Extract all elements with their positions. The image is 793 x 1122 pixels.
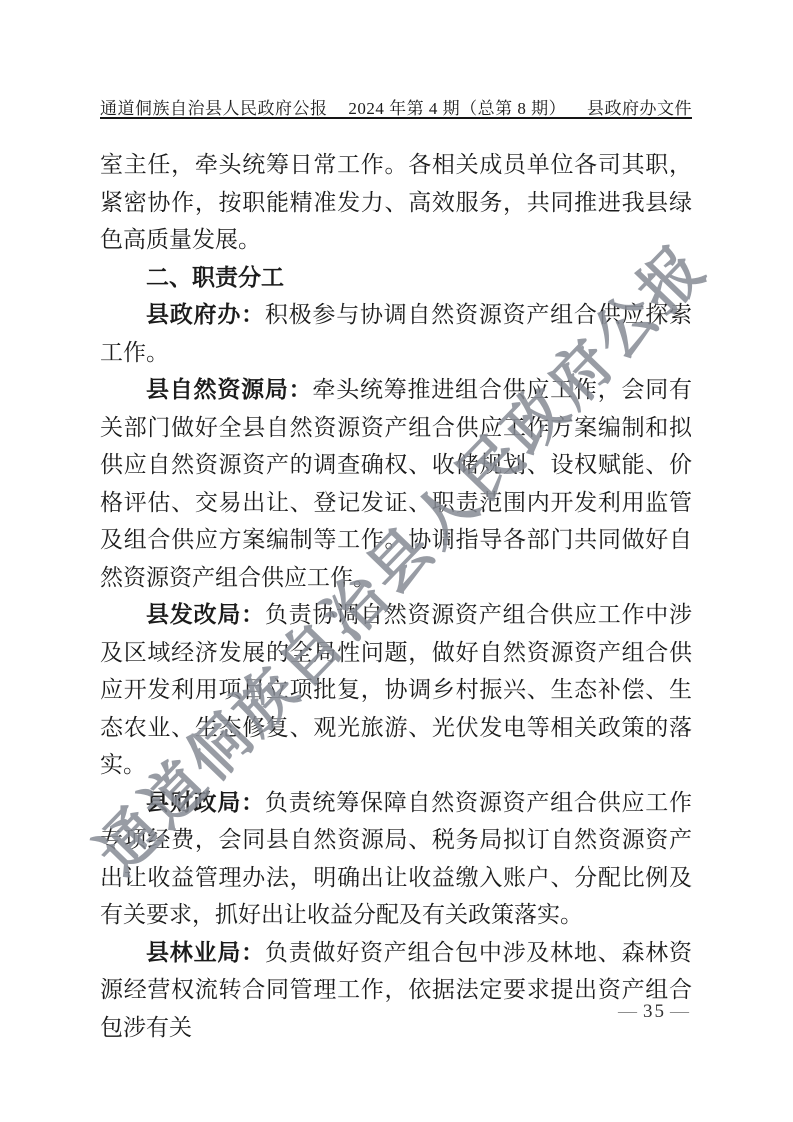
- header-publication-title: 通道侗族自治县人民政府公报: [100, 94, 328, 119]
- page-footer: —35—: [618, 1001, 691, 1023]
- department-label: 县自然资源局：: [146, 376, 312, 402]
- page-header: 通道侗族自治县人民政府公报 2024 年第 4 期（总第 8 期） 县政府办文件: [100, 94, 692, 119]
- document-body: 室主任，牵头统筹日常工作。各相关成员单位各司其职，紧密协作，按职能精准发力、高效…: [100, 146, 692, 1046]
- paragraph-finance-bureau: 县财政局：负责统筹保障自然资源资产组合供应工作专项经费，会同县自然资源局、税务局…: [100, 784, 692, 934]
- department-label: 县林业局：: [146, 939, 265, 965]
- header-issue-info: 2024 年第 4 期（总第 8 期）: [348, 94, 566, 119]
- paragraph-development-reform-bureau: 县发改局：负责协调自然资源资产组合供应工作中涉及区域经济发展的全局性问题，做好自…: [100, 596, 692, 784]
- page-number: 35: [639, 1001, 670, 1022]
- section-heading: 二、职责分工: [100, 259, 692, 297]
- paragraph-text: 牵头统筹推进组合供应工作，会同有关部门做好全县自然资源资产组合供应工作方案编制和…: [100, 377, 692, 590]
- document-page: 通道侗族自治县人民政府公报 2024 年第 4 期（总第 8 期） 县政府办文件…: [0, 0, 793, 1122]
- department-label: 县财政局：: [146, 789, 265, 815]
- paragraph-text: 负责协调自然资源资产组合供应工作中涉及区域经济发展的全局性问题，做好自然资源资产…: [100, 602, 692, 777]
- paragraph-forestry-bureau: 县林业局：负责做好资产组合包中涉及林地、森林资源经营权流转合同管理工作，依据法定…: [100, 934, 692, 1047]
- page-number-dash-left: —: [618, 1001, 639, 1022]
- page-number-dash-right: —: [670, 1001, 691, 1022]
- header-doc-category: 县政府办文件: [587, 94, 692, 119]
- header-divider: [100, 117, 692, 119]
- department-label: 县发改局：: [146, 601, 265, 627]
- paragraph-natural-resources-bureau: 县自然资源局：牵头统筹推进组合供应工作，会同有关部门做好全县自然资源资产组合供应…: [100, 371, 692, 596]
- paragraph-county-gov-office: 县政府办：积极参与协调自然资源资产组合供应探索工作。: [100, 296, 692, 371]
- department-label: 县政府办：: [146, 301, 265, 327]
- paragraph-continuation: 室主任，牵头统筹日常工作。各相关成员单位各司其职，紧密协作，按职能精准发力、高效…: [100, 146, 692, 259]
